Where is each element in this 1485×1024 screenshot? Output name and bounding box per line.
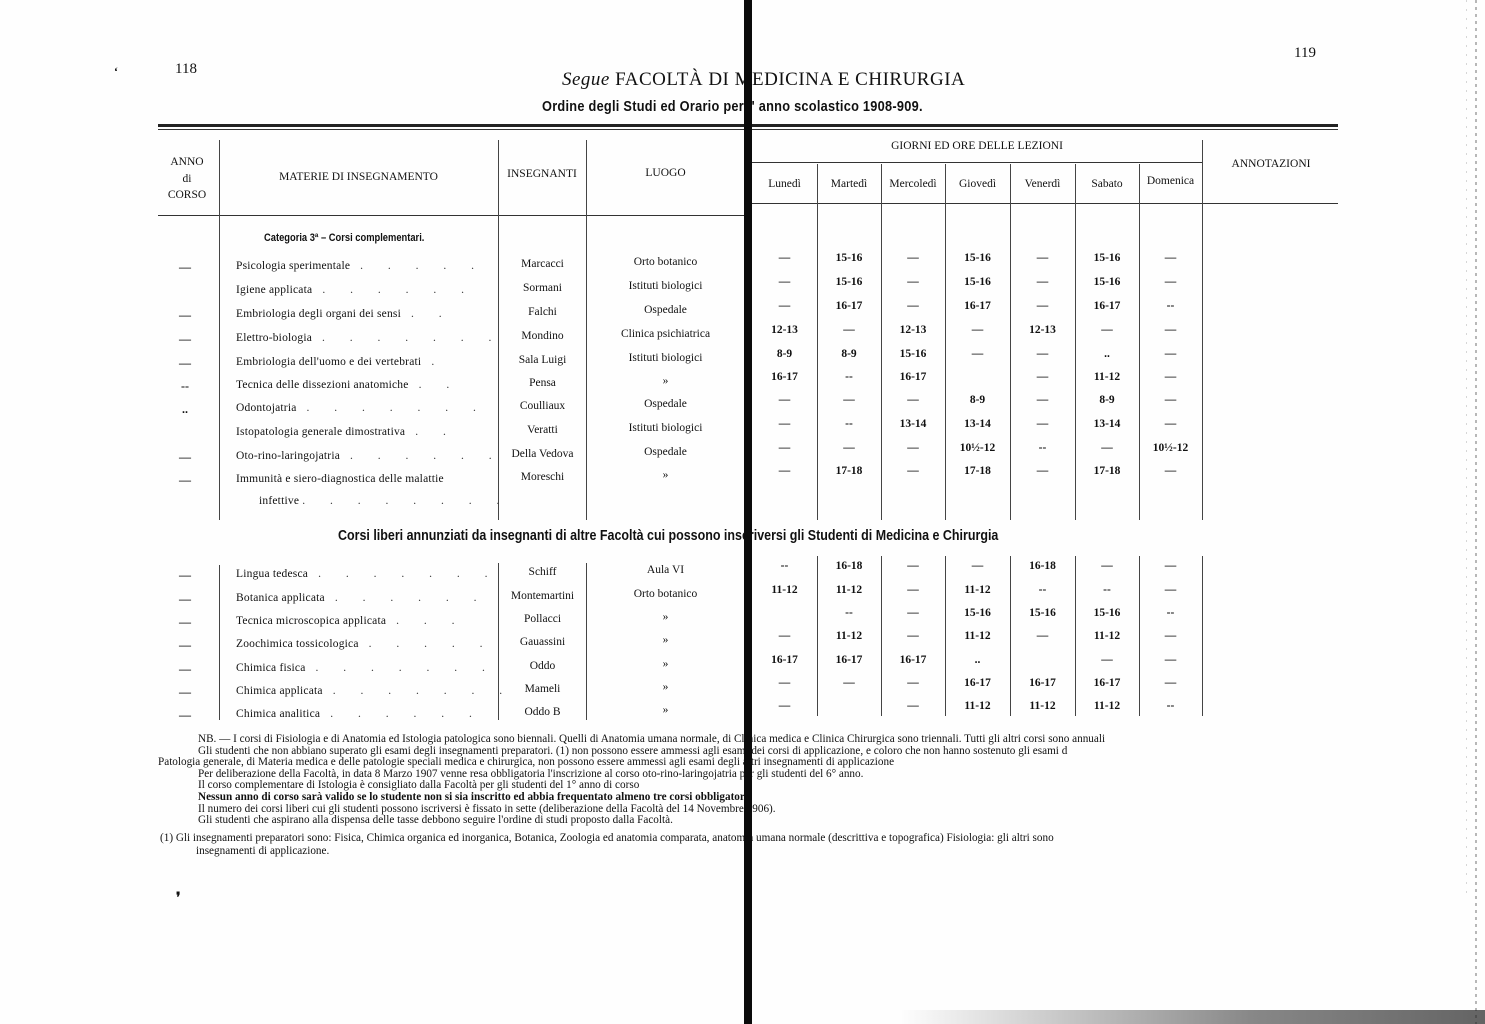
time-cell-domenica: — [1139, 276, 1202, 288]
time-cell-lunedì: -- [752, 560, 817, 572]
anno-mark: — [170, 308, 200, 323]
subject-cell: Zoochimica tossicologica. . . . . [236, 638, 494, 650]
time-cell-domenica: — [1139, 584, 1202, 596]
teacher-cell: Oddo [499, 660, 586, 672]
day-header-5: Sabato [1075, 178, 1139, 190]
col-materie-header: MATERIE DI INSEGNAMENTO [220, 169, 497, 186]
time-cell-lunedì: — [752, 677, 817, 689]
page-edge [1475, 0, 1477, 1024]
page-mark: ‘ [114, 64, 118, 79]
place-cell: Ospedale [587, 398, 744, 410]
subject-cell: Embriologia dell'uomo e dei vertebrati. [236, 356, 445, 368]
place-cell: Orto botanico [587, 256, 744, 268]
leader-dots: . . . . . . . [316, 662, 496, 674]
place-cell: Clinica psichiatrica [587, 328, 744, 340]
place-cell: » [587, 611, 744, 623]
col-luogo-header: LUOGO [587, 165, 744, 182]
time-cell-lunedì: 12-13 [752, 324, 817, 336]
teacher-cell: Oddo B [499, 706, 586, 718]
place-cell: » [587, 375, 744, 387]
header-bottom-rule-right [752, 203, 1338, 204]
page-edge-inner [1466, 0, 1467, 900]
time-cell-domenica: — [1139, 677, 1202, 689]
subject-cell: Igiene applicata. . . . . . [236, 284, 475, 296]
time-cell-giovedì: 16-17 [945, 300, 1010, 312]
leader-dots: . . . [396, 615, 465, 627]
vline-day-7 [1202, 140, 1203, 520]
time-cell-domenica: — [1139, 418, 1202, 430]
subject-name: Elettro-biologia [236, 332, 312, 344]
anno-mark: — [170, 332, 200, 347]
time-cell-venerdì: — [1010, 276, 1075, 288]
time-cell-mercoledì: 13-14 [881, 418, 945, 430]
subject-cell: Tecnica microscopica applicata. . . [236, 615, 466, 627]
subject-name: Embriologia dell'uomo e dei vertebrati [236, 356, 421, 368]
time-cell-martedì: 11-12 [817, 630, 881, 642]
time-cell-giovedì: — [945, 560, 1010, 572]
book-binding-shadow [744, 0, 752, 1024]
day-header-2: Mercoledì [881, 178, 945, 190]
time-cell-martedì: -- [817, 418, 881, 430]
place-cell: Istituti biologici [587, 280, 744, 292]
place-cell: Orto botanico [587, 588, 744, 600]
time-cell-venerdì: 16-18 [1010, 560, 1075, 572]
time-cell-venerdì: — [1010, 300, 1075, 312]
time-cell-sabato: 13-14 [1075, 418, 1139, 430]
day-header-3: Giovedì [945, 178, 1010, 190]
vline-day-7 [1202, 556, 1203, 716]
subject-cell: Lingua tedesca. . . . . . . [236, 568, 498, 580]
time-cell-venerdì: -- [1010, 584, 1075, 596]
time-cell-martedì: 16-18 [817, 560, 881, 572]
time-cell-mercoledì: — [881, 700, 945, 712]
footnote-line-1: (1) Gli insegnamenti preparatori sono: F… [160, 833, 1054, 845]
subject-cell: Botanica applicata. . . . . . [236, 592, 487, 604]
subject-name: Botanica applicata [236, 592, 325, 604]
teacher-cell: Mondino [499, 330, 586, 342]
time-cell-giovedì: — [945, 324, 1010, 336]
time-cell-lunedì: — [752, 700, 817, 712]
note-line: Nessun anno di corso sarà valido se lo s… [198, 792, 748, 804]
teacher-cell: Pollacci [499, 613, 586, 625]
col-giorni-header: GIORNI ED ORE DELLE LEZIONI [752, 138, 1202, 155]
time-cell-venerdì: — [1010, 465, 1075, 477]
time-cell-domenica: -- [1139, 700, 1202, 712]
time-cell-domenica: — [1139, 324, 1202, 336]
time-cell-mercoledì: — [881, 607, 945, 619]
note-line: NB. — I corsi di Fisiologia e di Anatomi… [198, 734, 1105, 746]
subject-name: Zoochimica tossicologica [236, 638, 359, 650]
time-cell-venerdì: — [1010, 348, 1075, 360]
subject-cell: Odontojatria. . . . . . . [236, 402, 487, 414]
time-cell-lunedì: 8-9 [752, 348, 817, 360]
time-cell-sabato: 16-17 [1075, 677, 1139, 689]
teacher-cell: Marcacci [499, 258, 586, 270]
note-line: Patologia generale, di Materia medica e … [158, 757, 894, 769]
leader-dots: . . . . . . . [322, 332, 502, 344]
anno-mark: — [170, 568, 200, 583]
time-cell-giovedì: 11-12 [945, 584, 1010, 596]
teacher-cell: Schiff [499, 566, 586, 578]
leader-dots: . . . . . . [335, 592, 488, 604]
time-cell-lunedì: — [752, 418, 817, 430]
teacher-cell: Pensa [499, 377, 586, 389]
subject-name: Immunità e siero-diagnostica delle malat… [236, 473, 444, 485]
anno-mark: — [170, 662, 200, 677]
time-cell-martedì: -- [817, 371, 881, 383]
time-cell-sabato: 15-16 [1075, 252, 1139, 264]
subject-cell: Tecnica delle dissezioni anatomiche. . [236, 379, 460, 391]
place-cell: Ospedale [587, 304, 744, 316]
time-cell-lunedì: 16-17 [752, 654, 817, 666]
page-number-left: 118 [175, 61, 197, 78]
time-cell-sabato: .. [1075, 348, 1139, 360]
time-cell-martedì: — [817, 442, 881, 454]
leader-dots: . . . . . . [322, 284, 475, 296]
time-cell-sabato: 11-12 [1075, 700, 1139, 712]
teacher-cell: Gauassini [499, 636, 586, 648]
place-cell: » [587, 658, 744, 670]
title-main: FACOLTÀ DI MEDICINA E CHIRURGIA [615, 69, 965, 90]
teacher-cell: Mameli [499, 683, 586, 695]
leader-dots: . . [419, 379, 461, 391]
place-cell: » [587, 704, 744, 716]
footnote-line-2: insegnamenti di applicazione. [196, 846, 329, 858]
subject-cell: Istopatologia generale dimostrativa. . [236, 426, 457, 438]
time-cell-venerdì: — [1010, 418, 1075, 430]
time-cell-giovedì: — [945, 348, 1010, 360]
time-cell-sabato: — [1075, 324, 1139, 336]
subject-cell: Chimica applicata. . . . . . . [236, 685, 513, 697]
anno-mark: — [170, 615, 200, 630]
place-cell: Istituti biologici [587, 422, 744, 434]
leader-dots: . . . . . . [330, 708, 483, 720]
day-header-6: Domenica [1139, 175, 1202, 187]
place-cell: Aula VI [587, 564, 744, 576]
day-header-1: Martedì [817, 178, 881, 190]
time-cell-mercoledì: — [881, 276, 945, 288]
time-cell-sabato: 11-12 [1075, 371, 1139, 383]
leader-dots: . . . . . [369, 638, 494, 650]
time-cell-lunedì: — [752, 300, 817, 312]
time-cell-sabato: 8-9 [1075, 394, 1139, 406]
leader-dots: . . . . . . . [318, 568, 498, 580]
days-rule [752, 162, 1202, 163]
bottom-edge-shadow [900, 1010, 1485, 1024]
time-cell-giovedì: 16-17 [945, 677, 1010, 689]
teacher-cell: Veratti [499, 424, 586, 436]
time-cell-martedì: -- [817, 607, 881, 619]
anno-label-3: CORSO [158, 187, 216, 204]
time-cell-lunedì: — [752, 276, 817, 288]
anno-mark: .. [170, 402, 200, 417]
time-cell-mercoledì: — [881, 584, 945, 596]
time-cell-mercoledì: — [881, 394, 945, 406]
time-cell-martedì: 11-12 [817, 584, 881, 596]
subject-cell: Embriologia degli organi dei sensi. . [236, 308, 453, 320]
time-cell-domenica: — [1139, 630, 1202, 642]
section1-continuation: infettive . . . . . . . . [259, 495, 510, 507]
subject-name: Igiene applicata [236, 284, 312, 296]
time-cell-giovedì: 8-9 [945, 394, 1010, 406]
subject-name: Tecnica delle dissezioni anatomiche [236, 379, 409, 391]
subject-name: Chimica analitica [236, 708, 320, 720]
subject-cell: Elettro-biologia. . . . . . . [236, 332, 502, 344]
time-cell-domenica: — [1139, 394, 1202, 406]
time-cell-lunedì: 11-12 [752, 584, 817, 596]
time-cell-giovedì: 10½-12 [945, 442, 1010, 454]
time-cell-martedì: 8-9 [817, 348, 881, 360]
time-cell-lunedì: — [752, 252, 817, 264]
subject-name: Istopatologia generale dimostrativa [236, 426, 405, 438]
time-cell-domenica: — [1139, 654, 1202, 666]
time-cell-venerdì: -- [1010, 442, 1075, 454]
section2-title: Corsi liberi annunziati da insegnanti di… [338, 528, 998, 544]
time-cell-giovedì: 13-14 [945, 418, 1010, 430]
place-cell: » [587, 469, 744, 481]
time-cell-lunedì: — [752, 442, 817, 454]
subject-name: Psicologia sperimentale [236, 260, 350, 272]
time-cell-lunedì: — [752, 630, 817, 642]
time-cell-giovedì: .. [945, 654, 1010, 666]
time-cell-venerdì: — [1010, 630, 1075, 642]
subject-name: Tecnica microscopica applicata [236, 615, 386, 627]
time-cell-sabato: 16-17 [1075, 300, 1139, 312]
teacher-cell: Sormani [499, 282, 586, 294]
anno-mark: — [170, 450, 200, 465]
col-insegnanti-header: INSEGNANTI [499, 166, 585, 183]
time-cell-mercoledì: — [881, 560, 945, 572]
time-cell-venerdì: 12-13 [1010, 324, 1075, 336]
place-cell: » [587, 634, 744, 646]
time-cell-giovedì: 15-16 [945, 607, 1010, 619]
subject-name: Lingua tedesca [236, 568, 308, 580]
anno-mark: — [170, 473, 200, 488]
continuation-subject: infettive [259, 495, 299, 507]
place-cell: » [587, 681, 744, 693]
teacher-cell: Moreschi [499, 471, 586, 483]
leader-dots: . . . . . . . [307, 402, 487, 414]
subject-cell: Oto-rino-laringojatria. . . . . . [236, 450, 503, 462]
time-cell-martedì: — [817, 324, 881, 336]
time-cell-mercoledì: — [881, 465, 945, 477]
anno-mark: — [170, 356, 200, 371]
time-cell-sabato: — [1075, 442, 1139, 454]
leader-dots: . . [415, 426, 457, 438]
time-cell-martedì: 15-16 [817, 276, 881, 288]
vline-anno [219, 140, 220, 520]
section1-title: Categoria 3ª – Corsi complementari. [264, 232, 424, 244]
time-cell-domenica: 10½-12 [1139, 442, 1202, 454]
time-cell-domenica: — [1139, 348, 1202, 360]
time-cell-martedì: 15-16 [817, 252, 881, 264]
time-cell-domenica: -- [1139, 607, 1202, 619]
time-cell-mercoledì: — [881, 442, 945, 454]
note-line: Gli studenti che aspirano alla dispensa … [198, 815, 673, 827]
time-cell-giovedì: 17-18 [945, 465, 1010, 477]
time-cell-domenica: -- [1139, 300, 1202, 312]
time-cell-lunedì: — [752, 394, 817, 406]
place-cell: Ospedale [587, 446, 744, 458]
subject-name: Odontojatria [236, 402, 297, 414]
leader-dots: . . . . . [360, 260, 485, 272]
subject-cell: Immunità e siero-diagnostica delle malat… [236, 473, 454, 485]
title-segue: Segue [562, 69, 610, 90]
time-cell-martedì: — [817, 677, 881, 689]
time-cell-lunedì: — [752, 465, 817, 477]
leader-dots: . . [411, 308, 453, 320]
time-cell-mercoledì: 16-17 [881, 371, 945, 383]
time-cell-sabato: 11-12 [1075, 630, 1139, 642]
time-cell-mercoledì: — [881, 630, 945, 642]
bottom-mark: ❜ [176, 890, 181, 907]
time-cell-domenica: — [1139, 371, 1202, 383]
time-cell-sabato: 15-16 [1075, 276, 1139, 288]
subject-name: Chimica fisica [236, 662, 306, 674]
time-cell-mercoledì: — [881, 300, 945, 312]
teacher-cell: Falchi [499, 306, 586, 318]
anno-mark: — [170, 638, 200, 653]
time-cell-sabato: — [1075, 654, 1139, 666]
time-cell-venerdì: 16-17 [1010, 677, 1075, 689]
col-anno-header: ANNO di CORSO [158, 154, 216, 204]
anno-mark: -- [170, 379, 200, 394]
vline-anno-2 [219, 565, 220, 720]
time-cell-domenica: — [1139, 252, 1202, 264]
time-cell-giovedì: 11-12 [945, 700, 1010, 712]
anno-label-1: ANNO [158, 154, 216, 171]
anno-mark: — [170, 708, 200, 723]
time-cell-venerdì: — [1010, 252, 1075, 264]
time-cell-sabato: 17-18 [1075, 465, 1139, 477]
anno-mark: — [170, 685, 200, 700]
place-cell: Istituti biologici [587, 352, 744, 364]
time-cell-venerdì: — [1010, 394, 1075, 406]
time-cell-mercoledì: — [881, 252, 945, 264]
time-cell-domenica: — [1139, 560, 1202, 572]
time-cell-mercoledì: — [881, 677, 945, 689]
time-cell-mercoledì: 12-13 [881, 324, 945, 336]
teacher-cell: Sala Luigi [499, 354, 586, 366]
col-annotazioni-header: ANNOTAZIONI [1204, 156, 1338, 173]
time-cell-martedì: 16-17 [817, 654, 881, 666]
leader-dots: . [431, 356, 445, 368]
leader-dots: . . . . . . [350, 450, 503, 462]
time-cell-martedì: 16-17 [817, 300, 881, 312]
day-header-0: Lunedì [752, 178, 817, 190]
header-bottom-rule [158, 215, 744, 216]
time-cell-venerdì: — [1010, 371, 1075, 383]
time-cell-sabato: — [1075, 560, 1139, 572]
time-cell-martedì: 17-18 [817, 465, 881, 477]
anno-label-2: di [158, 171, 216, 188]
subject-cell: Chimica fisica. . . . . . . [236, 662, 496, 674]
page-number-right: 119 [1294, 45, 1316, 62]
teacher-cell: Montemartini [499, 590, 586, 602]
day-header-4: Venerdì [1010, 178, 1075, 190]
continuation-dots: . . . . . . . . [302, 495, 510, 507]
anno-mark: — [170, 260, 200, 275]
leader-dots: . . . . . . . [333, 685, 513, 697]
time-cell-giovedì: 15-16 [945, 252, 1010, 264]
time-cell-domenica: — [1139, 465, 1202, 477]
subject-cell: Psicologia sperimentale. . . . . [236, 260, 485, 272]
page-title: Segue FACOLTÀ DI MEDICINA E CHIRURGIA [562, 69, 965, 91]
page-subtitle: Ordine degli Studi ed Orario per l' anno… [542, 99, 923, 115]
time-cell-venerdì: 11-12 [1010, 700, 1075, 712]
time-cell-mercoledì: 16-17 [881, 654, 945, 666]
subject-name: Chimica applicata [236, 685, 323, 697]
subject-name: Embriologia degli organi dei sensi [236, 308, 401, 320]
time-cell-giovedì: 11-12 [945, 630, 1010, 642]
time-cell-giovedì: 15-16 [945, 276, 1010, 288]
time-cell-sabato: 15-16 [1075, 607, 1139, 619]
time-cell-mercoledì: 15-16 [881, 348, 945, 360]
teacher-cell: Della Vedova [499, 448, 586, 460]
time-cell-venerdì: 15-16 [1010, 607, 1075, 619]
time-cell-martedì: — [817, 394, 881, 406]
subject-name: Oto-rino-laringojatria [236, 450, 340, 462]
subject-cell: Chimica analitica. . . . . . [236, 708, 483, 720]
teacher-cell: Coulliaux [499, 400, 586, 412]
time-cell-sabato: -- [1075, 584, 1139, 596]
time-cell-lunedì: 16-17 [752, 371, 817, 383]
anno-mark: — [170, 592, 200, 607]
